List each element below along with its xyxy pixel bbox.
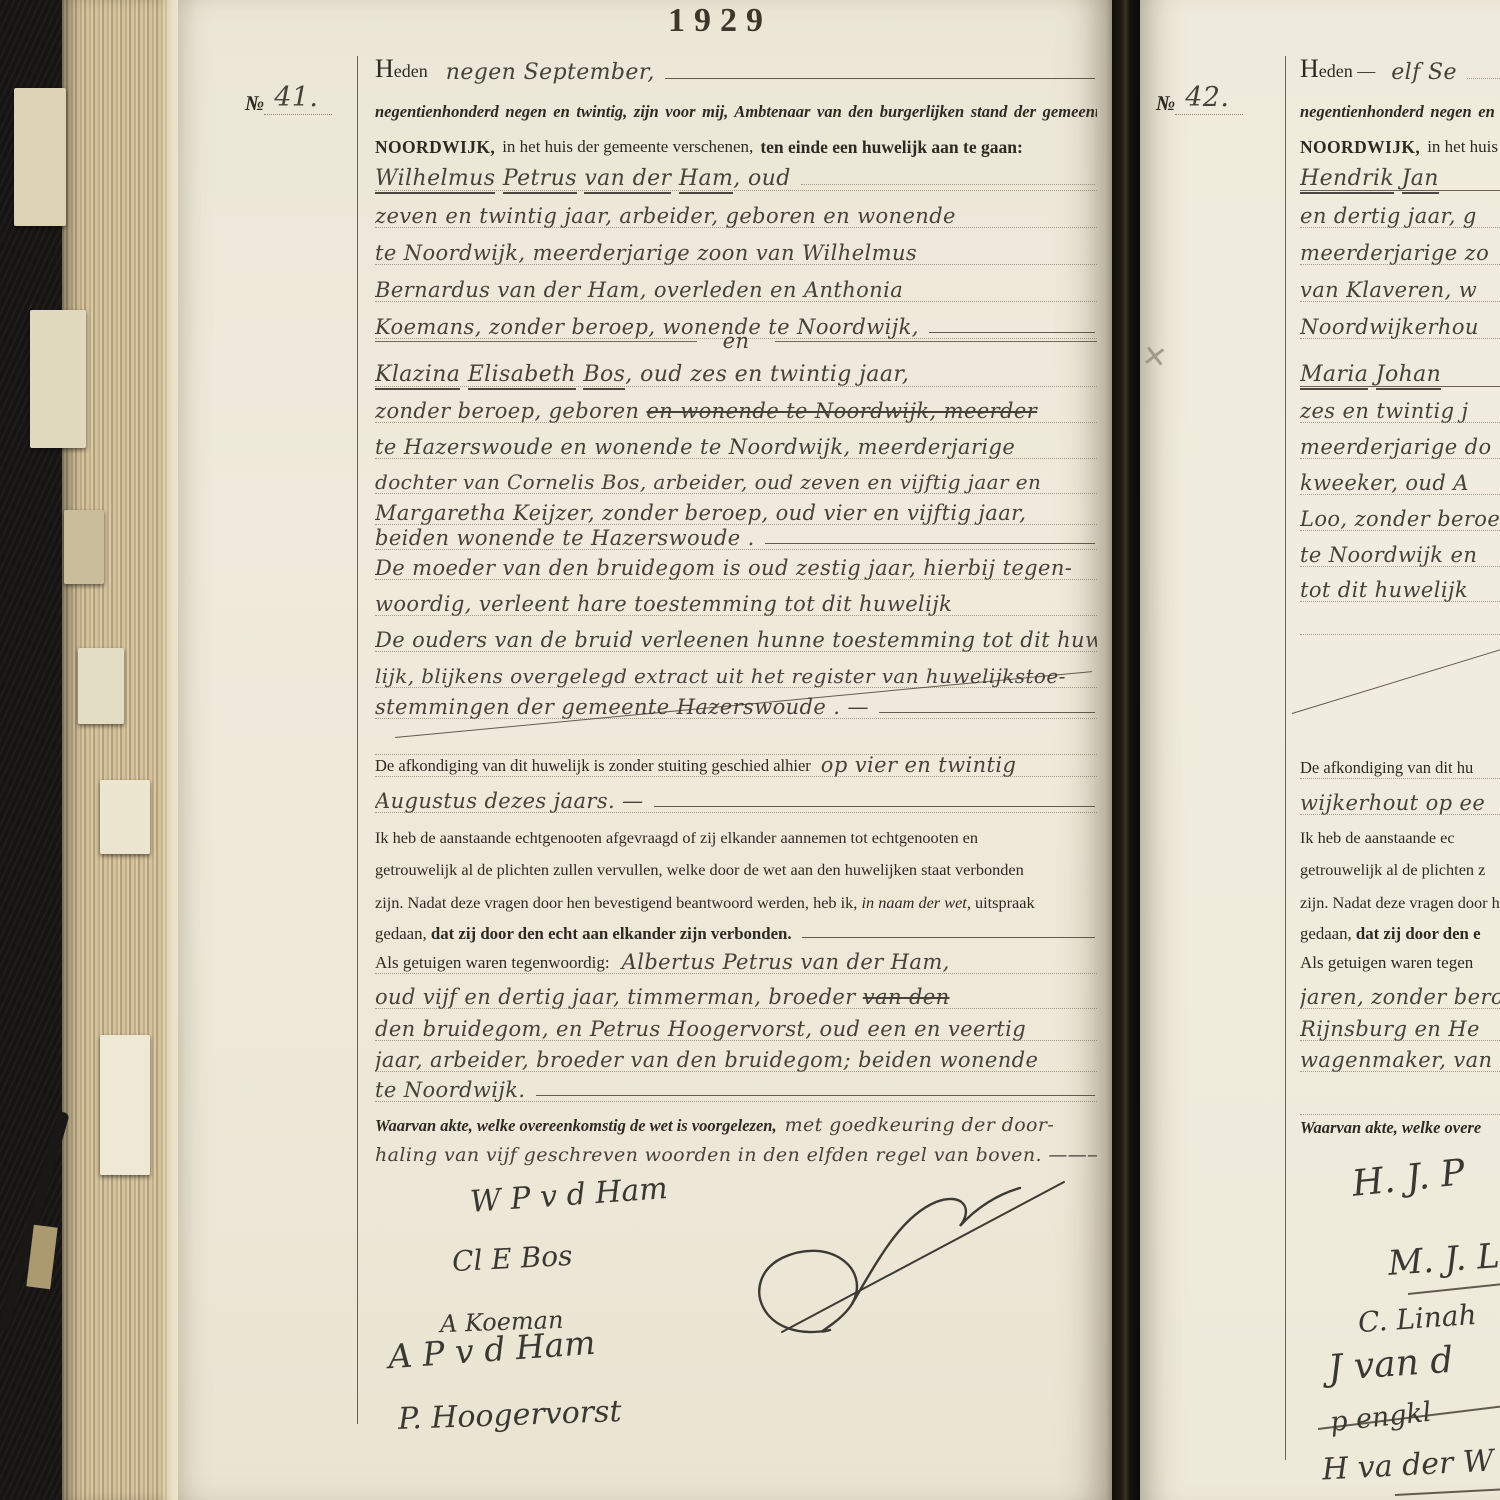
bride-line: Loo, zonder beroep	[1300, 498, 1500, 531]
register-book-photo: 1929 № 41. Heden negen September, negent…	[0, 0, 1500, 1500]
vow-line: getrouwelijk al de plichten zullen vervu…	[375, 848, 1097, 880]
act-number-label: №	[245, 91, 264, 115]
closing-line: Waarvan akte, welke overe	[1300, 1106, 1500, 1138]
intro-line-2: negentienhonderd negen en twintig, zijn …	[375, 90, 1097, 122]
date-line: Heden negen September,	[375, 48, 1097, 84]
groom-line: van Klaveren, w	[1300, 269, 1500, 302]
bride-line: meerderjarige do	[1300, 426, 1500, 459]
witnesses-line: jaar, arbeider, broeder van den bruidego…	[375, 1039, 1097, 1072]
bride-line: dochter van Cornelis Bos, arbeider, oud …	[375, 461, 1097, 494]
witnesses-line: Als getuigen waren tegen	[1300, 941, 1500, 973]
index-tab	[100, 1035, 150, 1175]
vow-line: zijn. Nadat deze vragen door h	[1300, 881, 1500, 913]
bride-line: beiden wonende te Hazerswoude .	[375, 517, 1097, 550]
consent-line: De ouders van de bruid verleenen hunne t…	[375, 619, 1097, 652]
signature: M. J. L	[1387, 1236, 1500, 1284]
vow-line: gedaan, dat zij door den e	[1300, 911, 1500, 943]
bride-line: te Hazerswoude en wonende te Noordwijk, …	[375, 426, 1097, 459]
municipality-name: NOORDWIJK,	[375, 137, 495, 157]
act-number-label: №	[1156, 91, 1175, 115]
groom-line: te Noordwijk, meerderjarige zoon van Wil…	[375, 232, 1097, 265]
groom-line: meerderjarige zo	[1300, 232, 1500, 265]
banns-line: De afkondiging van dit hu	[1300, 746, 1500, 779]
act-number-value: 42.	[1175, 84, 1243, 115]
index-tab	[64, 510, 104, 584]
registrar-signature-flourish	[730, 1172, 1080, 1342]
index-tab	[100, 780, 150, 854]
witnesses-line: oud vijf en dertig jaar, timmerman, broe…	[375, 976, 1097, 1009]
closing-line: Waarvan akte, welke overeenkomstig de we…	[375, 1104, 1097, 1136]
consent-line: stemmingen der gemeente Hazerswoude . —	[375, 686, 1097, 719]
consent-line: woordig, verleent hare toestemming tot d…	[375, 583, 1097, 616]
pencil-x-mark: ✕	[1140, 338, 1170, 376]
bride-line: te Noordwijk en	[1300, 534, 1500, 567]
blank-ruled-line	[1300, 602, 1500, 635]
intro-line-3: NOORDWIJK, in het huis der gemeente vers…	[375, 125, 1097, 157]
margin-rule-right-page	[1285, 56, 1286, 1460]
groom-line: Noordwijkerhou	[1300, 306, 1500, 339]
bride-line: zes en twintig j	[1300, 390, 1500, 423]
groom-line: en dertig jaar, g	[1300, 195, 1500, 228]
witnesses-line: Als getuigen waren tegenwoordig: Albertu…	[375, 941, 1097, 974]
groom-line: Bernardus van der Ham, overleden en Anth…	[375, 269, 1097, 302]
witnesses-line: den bruidegom, en Petrus Hoogervorst, ou…	[375, 1008, 1097, 1041]
ruled-filler	[665, 78, 1095, 79]
municipality-name: NOORDWIJK,	[1300, 137, 1420, 157]
bride-line: Klazina Elisabeth Bos, oud zes en twinti…	[375, 354, 1097, 387]
en-divider: en	[375, 328, 1097, 352]
vow-line: getrouwelijk al de plichten z	[1300, 848, 1500, 880]
closing-line-2: haling van vijf geschreven woorden in de…	[375, 1134, 1097, 1166]
index-tab	[30, 310, 86, 448]
groom-line: zeven en twintig jaar, arbeider, geboren…	[375, 195, 1097, 228]
signature-bride: Cl E Bos	[451, 1239, 573, 1278]
witnesses-line: jaren, zonder beroep,	[1300, 976, 1500, 1009]
bride-line: Maria Johan	[1300, 354, 1500, 387]
act-number-42: № 42.	[1156, 84, 1243, 115]
vow-line: Ik heb de aanstaande ec	[1300, 816, 1500, 848]
index-tab	[14, 88, 66, 226]
index-tab	[78, 648, 124, 724]
bride-line: kweeker, oud A	[1300, 462, 1500, 495]
witnesses-line: Rijnsburg en He	[1300, 1008, 1500, 1041]
bride-line: zonder beroep, geboren en wonende te Noo…	[375, 390, 1097, 423]
vow-line: Ik heb de aanstaande echtgenooten afgevr…	[375, 816, 1097, 848]
hw-date: negen September,	[446, 61, 655, 84]
vow-line: zijn. Nadat deze vragen door hen bevesti…	[375, 881, 1097, 913]
consent-line: lijk, blijkens overgelegd extract uit he…	[375, 655, 1097, 688]
banns-line-2: wijkerhout op ee	[1300, 782, 1500, 815]
banns-line: De afkondiging van dit huwelijk is zonde…	[375, 744, 1097, 777]
book-gutter	[1106, 0, 1144, 1500]
intro-line-2: negentienhonderd negen en twi	[1300, 90, 1500, 122]
banns-line-2: Augustus dezes jaars. —	[375, 780, 1097, 813]
groom-line: Wilhelmus Petrus van der Ham, oud	[375, 158, 1097, 191]
vow-line: gedaan, dat zij door den echt aan elkand…	[375, 911, 1097, 943]
act-number-41: № 41.	[245, 84, 332, 115]
groom-line: Hendrik Jan	[1300, 158, 1500, 191]
witnesses-line: wagenmaker, van	[1300, 1039, 1500, 1072]
signature: J van d	[1327, 1340, 1455, 1390]
bride-line: tot dit huwelijk	[1300, 569, 1500, 602]
date-line: Heden — elf Se	[1300, 48, 1500, 84]
margin-rule-left-page	[357, 56, 358, 1424]
intro-line-3: NOORDWIJK, in het huis d	[1300, 125, 1500, 157]
consent-line: De moeder van den bruidegom is oud zesti…	[375, 547, 1097, 580]
act-number-value: 41.	[264, 84, 332, 115]
witnesses-line: te Noordwijk.	[375, 1069, 1097, 1102]
printed-heden: Heden	[375, 54, 428, 84]
